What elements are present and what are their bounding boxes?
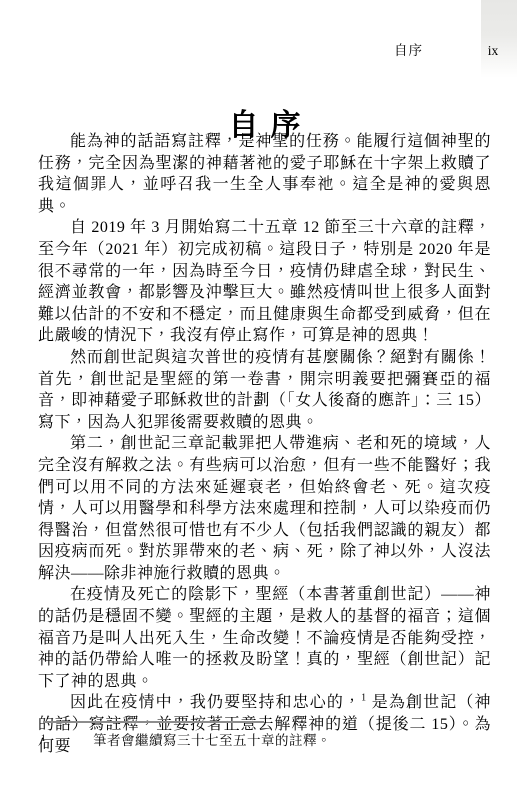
footnote-separator-rule — [43, 721, 264, 723]
footnote-text: 筆者會繼續寫三十七至五十章的註釋。 — [93, 732, 331, 749]
paragraph: 在疫情及死亡的陰影下，聖經（本書著重創世記）——神的話仍是穩固不變。聖經的主題，… — [38, 584, 491, 692]
paragraph: 能為神的話語寫註釋，是神聖的任務。能履行這個神聖的任務，完全因為聖潔的神藉著祂的… — [38, 131, 491, 217]
paragraph-text: 因此在疫情中，我仍要堅持和忠心的， — [70, 694, 361, 711]
body-text: 能為神的話語寫註釋，是神聖的任務。能履行這個神聖的任務，完全因為聖潔的神藉著祂的… — [38, 131, 491, 757]
page-number: ix — [487, 42, 499, 60]
paragraph: 自 2019 年 3 月開始寫二十五章 12 節至三十六章的註釋，至今年（202… — [38, 217, 491, 347]
running-header-section-title: 自序 — [394, 42, 423, 60]
running-header: 自序 ix — [38, 42, 499, 60]
footnote-marker: 1 — [41, 731, 55, 748]
book-page: 自序 ix 自序 能為神的話語寫註釋，是神聖的任務。能履行這個神聖的任務，完全因… — [0, 0, 529, 797]
paragraph: 第二，創世記三章記載罪把人帶進病、老和死的境域，人完全沒有解救之法。有些病可以治… — [38, 433, 491, 584]
footnote-area: 1 筆者會繼續寫三十七至五十章的註釋。 — [38, 721, 491, 749]
footnote: 1 筆者會繼續寫三十七至五十章的註釋。 — [38, 732, 491, 749]
page-corner-shade — [481, 0, 517, 78]
paragraph: 然而創世記與這次普世的疫情有甚麼關係？絕對有關係！首先，創世記是聖經的第一卷書，… — [38, 347, 491, 433]
